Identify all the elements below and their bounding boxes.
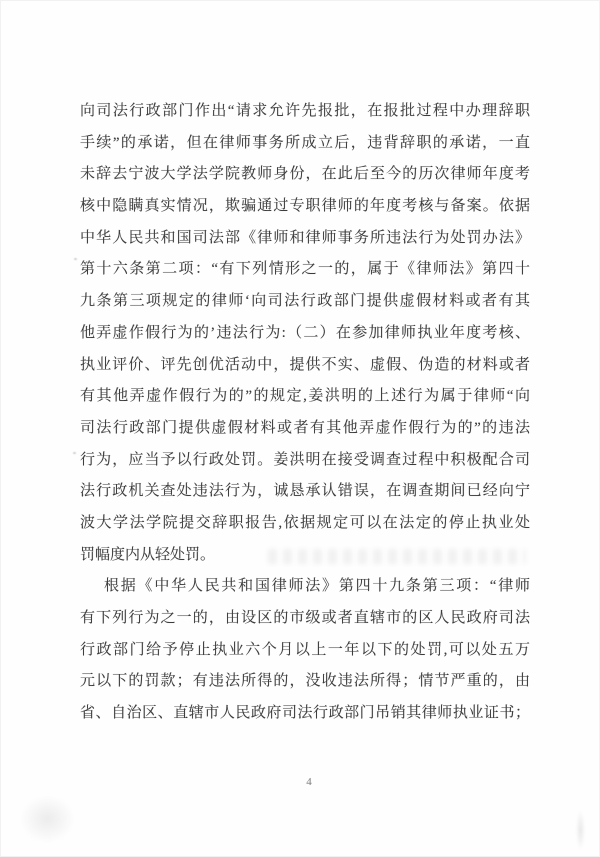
text-line: 司法行政部门提供虚假材料或者有其他弄虚作假行为的”的违法 [80, 413, 530, 445]
text-line: 行政部门给予停止执业六个月以上一年以下的处罚,可以处五万 [80, 635, 530, 667]
text-line: 有下列行为之一的，由设区的市级或者直辖市的区人民政府司法 [80, 603, 530, 635]
text-line: 法行政机关查处违法行为，诚恳承认错误，在调查期间已经向宁 [80, 476, 530, 508]
document-page: 向司法行政部门作出“请求允许先报批，在报批过程中办理辞职 手续”的承诺，但在律师… [0, 0, 600, 857]
text-line: 执业评价、评先创优活动中，提供不实、虚假、伪造的材料或者 [80, 350, 530, 382]
document-text-block: 向司法行政部门作出“请求允许先报批，在报批过程中办理辞职 手续”的承诺，但在律师… [80, 96, 530, 730]
text-line: 核中隐瞒真实情况，欺骗通过专职律师的年度考核与备案。依据 [80, 191, 530, 223]
scan-speck [74, 258, 77, 260]
text-line: 有其他弄虚作假行为的”的规定,姜洪明的上述行为属于律师“向 [80, 381, 530, 413]
text-line: 向司法行政部门作出“请求允许先报批，在报批过程中办理辞职 [80, 96, 530, 128]
text-line: 第十六条第二项：“有下列情形之一的，属于《律师法》第四十 [80, 254, 530, 286]
text-line: 元以下的罚款；有违法所得的，没收违法所得；情节严重的，由 [80, 666, 530, 698]
text-line: 省、自治区、直辖市人民政府司法行政部门吊销其律师执业证书； [80, 698, 530, 730]
text-line: 未辞去宁波大学法学院教师身份，在此后至今的历次律师年度考 [80, 159, 530, 191]
page-number: 4 [0, 776, 600, 788]
text-line: 九条第三项规定的律师‘向司法行政部门提供虚假材料或者有其 [80, 286, 530, 318]
text-line: 手续”的承诺，但在律师事务所成立后，违背辞职的承诺，一直 [80, 128, 530, 160]
scan-bleedthrough-smudge [268, 549, 526, 564]
text-line: 他弄虚作假行为的’违法行为:（二）在参加律师执业年度考核、 [80, 318, 530, 350]
text-line: 波大学法学院提交辞职报告,依据规定可以在法定的停止执业处 [80, 508, 530, 540]
text-line-paragraph-start: 根据《中华人民共和国律师法》第四十九条第三项：“律师 [80, 571, 530, 603]
text-line: 中华人民共和国司法部《律师和律师事务所违法行为处罚办法》 [80, 223, 530, 255]
text-line: 行为，应当予以行政处罚。姜洪明在接受调查过程中积极配合司 [80, 445, 530, 477]
scan-smudge [576, 810, 585, 850]
scan-speck [73, 452, 76, 454]
scan-smudge [20, 795, 75, 843]
